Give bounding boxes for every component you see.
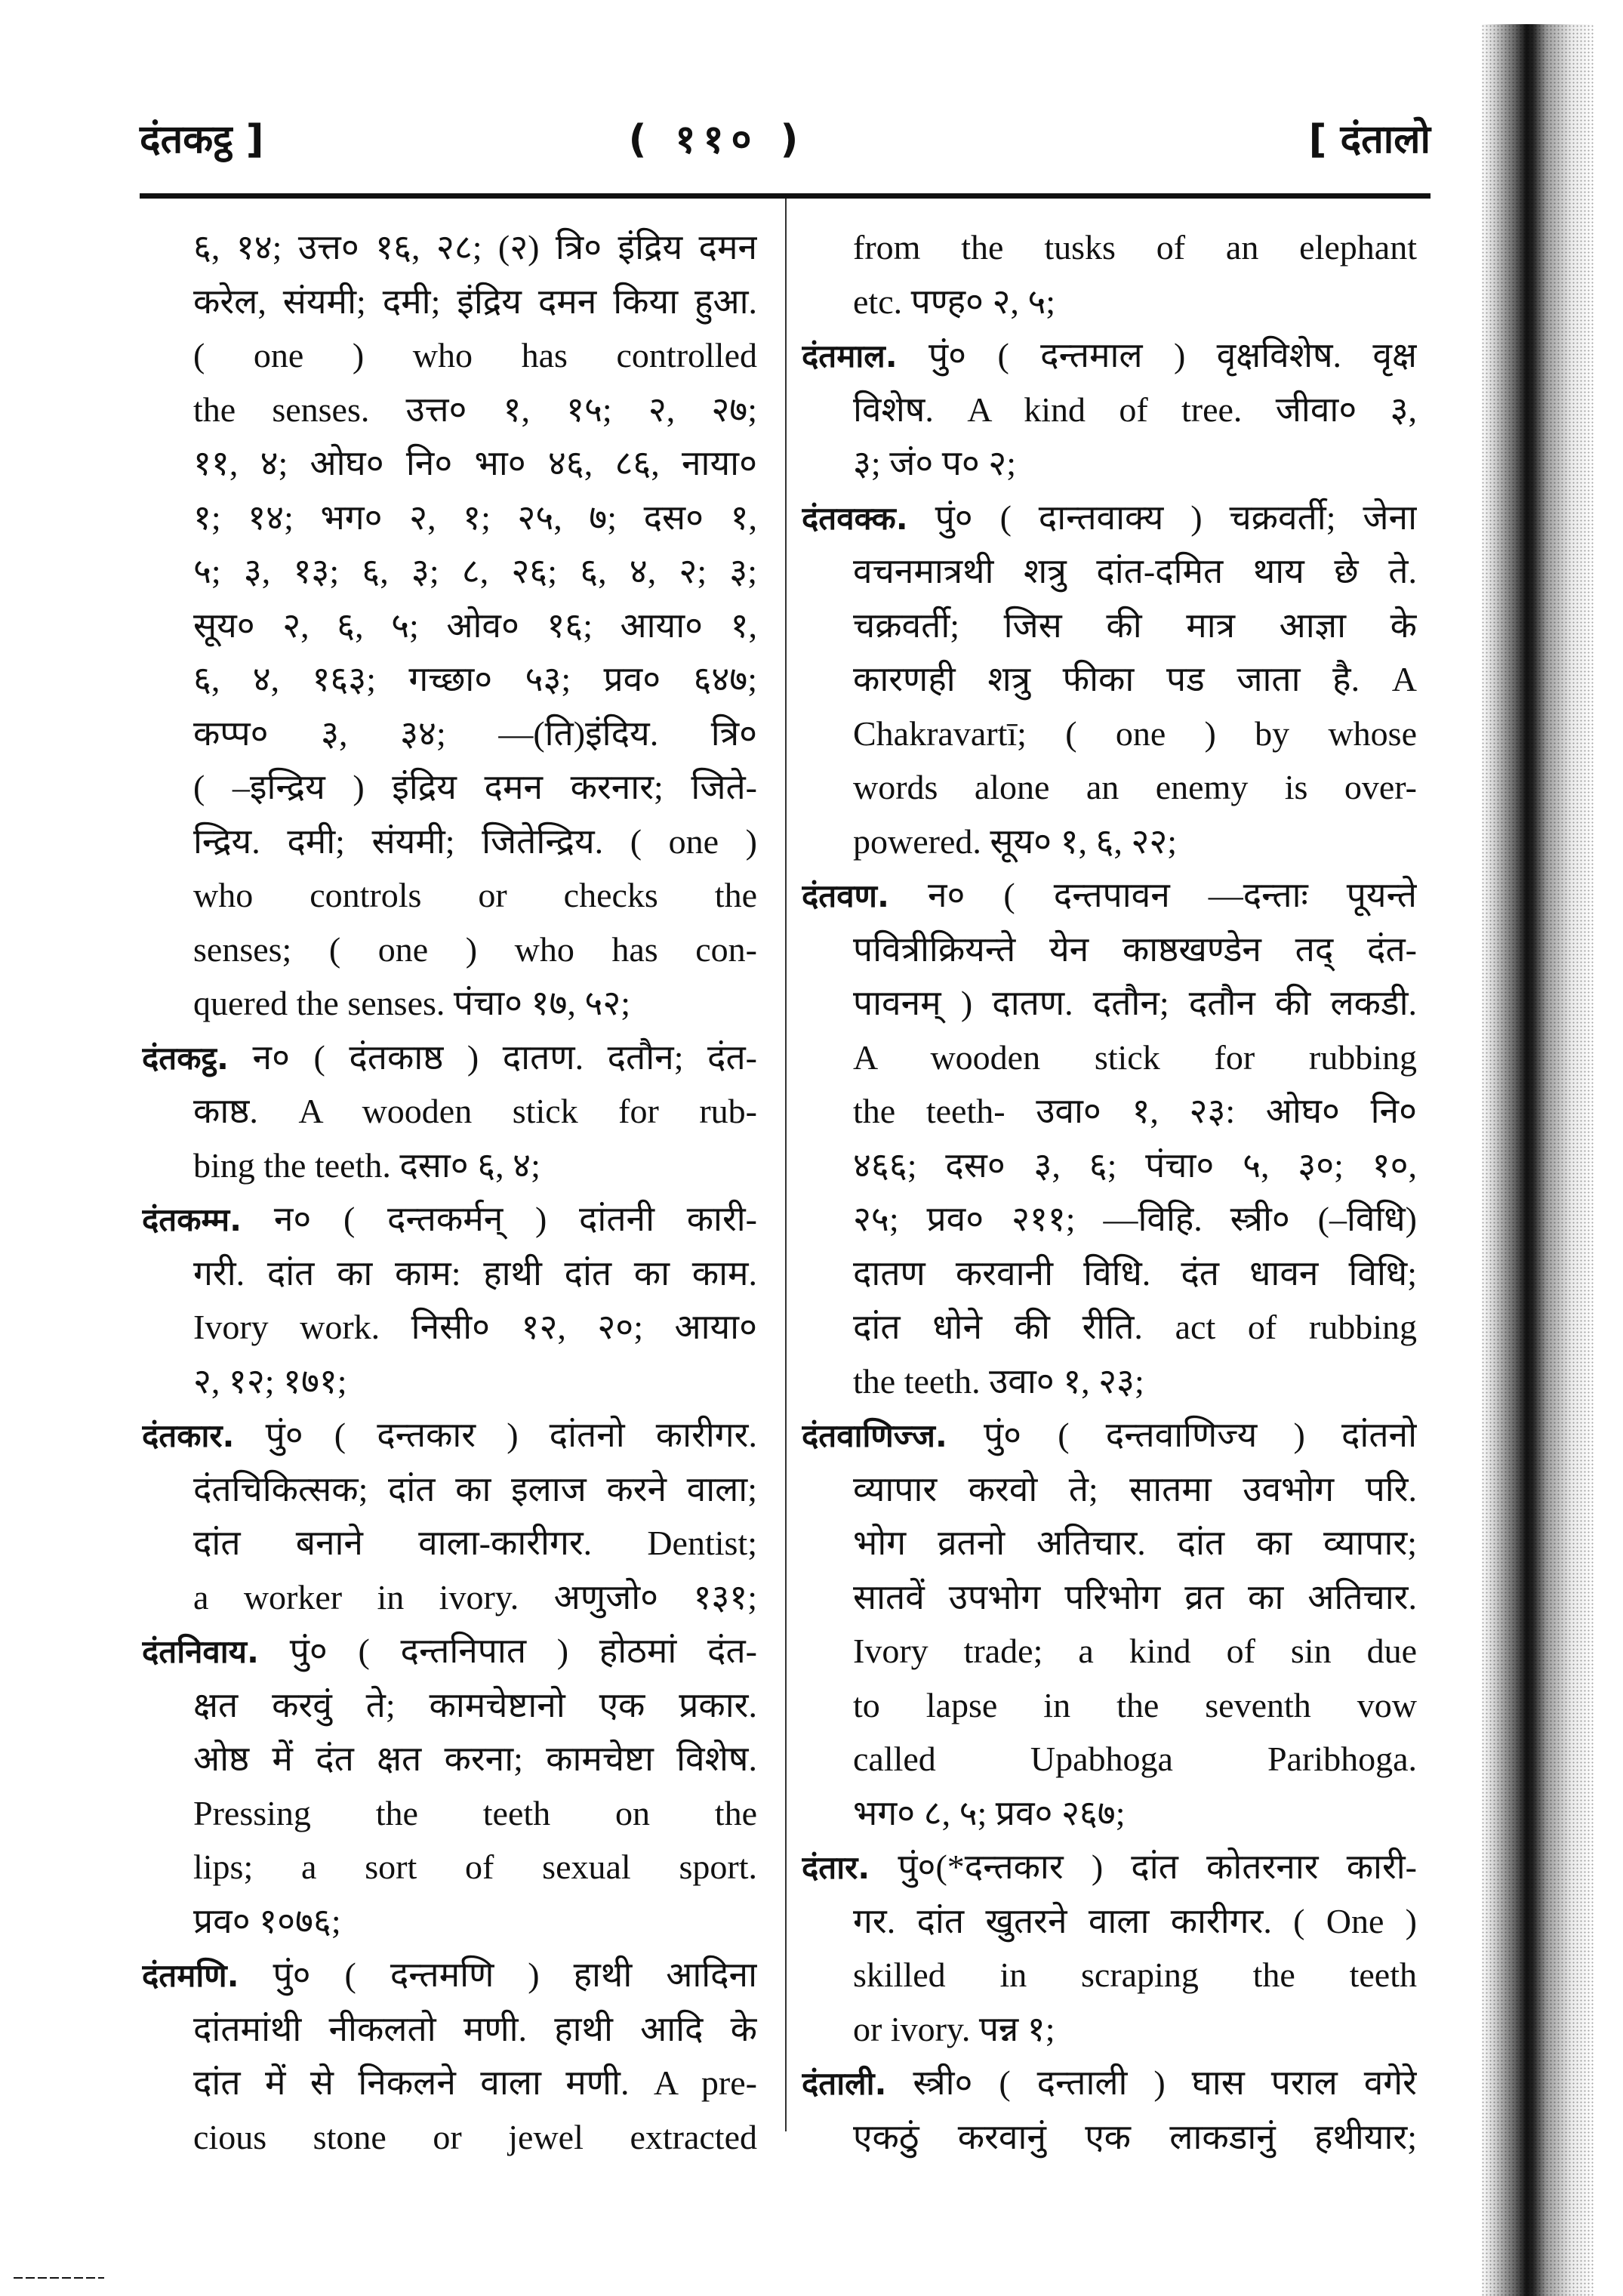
entry-text: the teeth- उवा० १, २३: ओघ० नि० [853, 1092, 1417, 1130]
entry-headword: दंतमणि. [142, 1957, 239, 1994]
entry-text: Ivory work. निसी० १२, २०; आया० [193, 1308, 757, 1346]
dictionary-page: दंतकट्ठ ] ( ११० ) [ दंतालो ६, १४; उत्त० … [0, 0, 1623, 2296]
entry-text: दांत में से निकलने वाला मणी. A pre- [193, 2063, 757, 2102]
page-number: ( ११० ) [72, 106, 1363, 174]
entry-text: न० ( दन्तकर्मन् ) दांतनी कारी- [242, 1200, 757, 1238]
entry-text-line: Pressing the teeth on the [142, 1786, 757, 1841]
entry-text-line: ६, ४, १६३; गच्छा० ५३; प्रव० ६४७; [142, 652, 757, 707]
entry-text: पवित्रीक्रियन्ते येन काष्ठखण्डेन तद् दंत… [853, 930, 1417, 969]
entry-text-line: १; १४; भग० २, १; २५, ७; दस० १, [142, 491, 757, 545]
entry-text: कारणही शत्रु फीका पड जाता है. A [853, 660, 1417, 698]
entry-text-line: words alone an enemy is over- [802, 760, 1417, 815]
entry-text-line: the senses. उत्त० १, १५; २, २७; [142, 383, 757, 437]
entry-text-line: or ivory. पन्न १; [802, 2002, 1417, 2057]
entry-text: A wooden stick for rubbing [853, 1038, 1417, 1077]
entry-text: २, १२; १७१; [193, 1362, 347, 1401]
entry-text-line: दांत धोने की रीति. act of rubbing [802, 1300, 1417, 1354]
entry-text: सूय० २, ६, ५; ओव० १६; आया० १, [193, 606, 757, 645]
entry-text-line: विशेष. A kind of tree. जीवा० ३, [802, 383, 1417, 437]
entry-text-line: २५; प्रव० २११; —विहि. स्त्री० (–विधि) [802, 1192, 1417, 1247]
entry-text: cious stone or jewel extracted [193, 2118, 757, 2156]
entry-text: powered. सूय० १, ६, २२; [853, 822, 1177, 861]
entry-text-line: powered. सूय० १, ६, २२; [802, 815, 1417, 869]
entry-text: to lapse in the seventh vow [853, 1686, 1417, 1724]
entry-text: पुं० ( दान्तवाक्य ) चक्रवर्ती; जेना [908, 498, 1417, 537]
entry-text: senses; ( one ) who has con- [193, 930, 757, 969]
entry-text: who controls or checks the [193, 876, 757, 914]
entry-text-line: to lapse in the seventh vow [802, 1678, 1417, 1733]
entry-text-line: दांत बनाने वाला-कारीगर. Dentist; [142, 1516, 757, 1570]
entry-headword: दंतकट्ठ. [142, 1040, 229, 1077]
entry-text-line: पावनम् ) दातण. दतौन; दतौन की लकडी. [802, 976, 1417, 1031]
entry-text-line: पवित्रीक्रियन्ते येन काष्ठखण्डेन तद् दंत… [802, 923, 1417, 977]
entry-text: दातण करवानी विधि. दंत धावन विधि; [853, 1254, 1417, 1293]
entry-text-line: ४६६; दस० ३, ६; पंचा० ५, ३०; १०, [802, 1139, 1417, 1193]
entry-text: ४६६; दस० ३, ६; पंचा० ५, ३०; १०, [853, 1146, 1417, 1185]
entry-headword-line: दंतवाणिज्ज. पुं० ( दन्तवाणिज्य ) दांतनो [802, 1408, 1417, 1462]
entry-text: ३; जं० प० २; [853, 444, 1016, 482]
entry-headword-line: दंतमाल. पुं० ( दन्तमाल ) वृक्षविशेष. वृक… [802, 328, 1417, 383]
entry-text: पुं० ( दन्तनिपात ) होठमां दंत- [259, 1632, 757, 1670]
entry-text-line: दातण करवानी विधि. दंत धावन विधि; [802, 1247, 1417, 1301]
entry-headword: दंतनिवाय. [142, 1633, 259, 1670]
entry-text: दांत धोने की रीति. act of rubbing [853, 1308, 1417, 1346]
entry-text: from the tusks of an elephant [853, 228, 1417, 267]
entry-text: स्त्री० ( दन्ताली ) घास पराल वगेरे [886, 2063, 1417, 2102]
entry-text-line: a worker in ivory. अणुजो० १३१; [142, 1570, 757, 1625]
entry-text-line: ( one ) who has controlled [142, 328, 757, 383]
entry-headword: दंतकम्म. [142, 1201, 242, 1238]
entry-headword-line: दंतवक्क. पुं० ( दान्तवाक्य ) चक्रवर्ती; … [802, 491, 1417, 545]
entry-headword-line: दंतवण. न० ( दन्तपावन —दन्ताः पूयन्ते [802, 868, 1417, 923]
entry-headword: दंतवाणिज्ज. [802, 1417, 947, 1454]
entry-text-line: २, १२; १७१; [142, 1354, 757, 1409]
entry-text-line: कप्प० ३, ३४; —(ति)इंदिय. त्रि० [142, 707, 757, 761]
entry-text: वचनमात्रथी शत्रु दांत-दमित थाय छे ते. [853, 552, 1417, 590]
entry-text: ( one ) who has controlled [193, 336, 757, 374]
entry-text: or ivory. पन्न १; [853, 2010, 1055, 2048]
entry-text: सातवें उपभोग परिभोग व्रत का अतिचार. [853, 1578, 1417, 1616]
entry-text: काष्ठ. A wooden stick for rub- [193, 1092, 757, 1130]
entry-text-line: भोग व्रतनो अतिचार. दांत का व्यापार; [802, 1516, 1417, 1570]
entry-text-line: कारणही शत्रु फीका पड जाता है. A [802, 652, 1417, 707]
right-guide-word: [ दंतालो [1309, 106, 1431, 174]
entry-text-line: bing the teeth. दसा० ६, ४; [142, 1139, 757, 1193]
entry-headword: दंतवक्क. [802, 500, 908, 537]
entry-text: Chakravartī; ( one ) by whose [853, 714, 1417, 753]
header-rule [140, 193, 1431, 199]
right-column: from the tusks of an elephantetc. पण्ह० … [802, 220, 1417, 2164]
entry-text-line: A wooden stick for rubbing [802, 1031, 1417, 1085]
entry-headword: दंतवण. [802, 877, 889, 914]
entry-text-line: ६, १४; उत्त० १६, २८; (२) त्रि० इंद्रिय द… [142, 220, 757, 275]
entry-headword: दंतार. [802, 1849, 870, 1886]
entry-text-line: senses; ( one ) who has con- [142, 923, 757, 977]
entry-text-line: व्यापार करवो ते; सातमा उवभोग परि. [802, 1462, 1417, 1517]
entry-text-line: from the tusks of an elephant [802, 220, 1417, 275]
entry-text: पुं०(*दन्तकार ) दांत कोतरनार कारी- [870, 1848, 1417, 1886]
entry-headword-line: दंतनिवाय. पुं० ( दन्तनिपात ) होठमां दंत- [142, 1624, 757, 1678]
entry-text-line: न्द्रिय. दमी; संयमी; जितेन्द्रिय. ( one … [142, 815, 757, 869]
entry-headword-line: दंताली. स्त्री० ( दन्ताली ) घास पराल वगे… [802, 2056, 1417, 2110]
entry-text-line: दांतमांथी नीकलतो मणी. हाथी आदि के [142, 2002, 757, 2057]
entry-text-line: चक्रवर्ती; जिस की मात्र आज्ञा के [802, 599, 1417, 653]
entry-text: १; १४; भग० २, १; २५, ७; दस० १, [193, 498, 757, 537]
entry-text: गरी. दांत का काम: हाथी दांत का काम. [193, 1254, 757, 1293]
entry-text: etc. पण्ह० २, ५; [853, 282, 1055, 321]
entry-text-line: एकठुं करवानुं एक लाकडानुं हथीयार; [802, 2110, 1417, 2165]
entry-text-line: lips; a sort of sexual sport. [142, 1840, 757, 1894]
entry-text: पुं० ( दन्तवाणिज्य ) दांतनो [947, 1416, 1417, 1454]
entry-text: lips; a sort of sexual sport. [193, 1848, 757, 1886]
entry-text: पावनम् ) दातण. दतौन; दतौन की लकडी. [853, 984, 1417, 1022]
entry-text: ६, १४; उत्त० १६, २८; (२) त्रि० इंद्रिय द… [193, 228, 757, 267]
entry-text-line: Ivory work. निसी० १२, २०; आया० [142, 1300, 757, 1354]
entry-text-line: called Upabhoga Paribhoga. [802, 1732, 1417, 1786]
entry-text: भग० ८, ५; प्रव० २६७; [853, 1794, 1126, 1832]
entry-text-line: quered the senses. पंचा० १७, ५२; [142, 976, 757, 1031]
entry-text-line: Chakravartī; ( one ) by whose [802, 707, 1417, 761]
entry-text: दांतमांथी नीकलतो मणी. हाथी आदि के [193, 2010, 757, 2048]
entry-text: ५; ३, १३; ६, ३; ८, २६; ६, ४, २; ३; [193, 552, 757, 590]
entry-text: क्षत करवुं ते; कामचेष्टानो एक प्रकार. [193, 1686, 757, 1724]
entry-text-line: दांत में से निकलने वाला मणी. A pre- [142, 2056, 757, 2110]
entry-text: दंतचिकित्सक; दांत का इलाज करने वाला; [193, 1470, 757, 1509]
entry-text: करेल, संयमी; दमी; इंद्रिय दमन किया हुआ. [193, 282, 757, 321]
footer-mark [14, 2277, 104, 2279]
entry-text-line: who controls or checks the [142, 868, 757, 923]
page-header: दंतकट्ठ ] ( ११० ) [ दंतालो [140, 106, 1431, 174]
entry-text-line: cious stone or jewel extracted [142, 2110, 757, 2165]
entry-text-line: दंतचिकित्सक; दांत का इलाज करने वाला; [142, 1462, 757, 1517]
entry-headword-line: दंतमणि. पुं० ( दन्तमणि ) हाथी आदिना [142, 1948, 757, 2002]
entry-headword-line: दंतकम्म. न० ( दन्तकर्मन् ) दांतनी कारी- [142, 1192, 757, 1247]
entry-text: दांत बनाने वाला-कारीगर. Dentist; [193, 1524, 757, 1562]
entry-text: प्रव० १०७६; [193, 1902, 341, 1940]
entry-text-line: प्रव० १०७६; [142, 1894, 757, 1949]
entry-text: ६, ४, १६३; गच्छा० ५३; प्रव० ६४७; [193, 660, 757, 698]
entry-text: गर. दांत खुतरने वाला कारीगर. ( One ) [853, 1902, 1417, 1940]
entry-text: न० ( दंतकाष्ठ ) दातण. दतौन; दंत- [229, 1038, 757, 1077]
entry-text-line: सातवें उपभोग परिभोग व्रत का अतिचार. [802, 1570, 1417, 1625]
entry-headword: दंतकार. [142, 1417, 235, 1454]
entry-text: bing the teeth. दसा० ६, ४; [193, 1146, 540, 1185]
entry-text-line: सूय० २, ६, ५; ओव० १६; आया० १, [142, 599, 757, 653]
entry-text: ११, ४; ओघ० नि० भा० ४६, ८६, नाया० [193, 444, 757, 482]
entry-text: न० ( दन्तपावन —दन्ताः पूयन्ते [889, 876, 1417, 914]
entry-headword: दंतमाल. [802, 337, 898, 374]
column-divider [785, 199, 787, 2131]
entry-text: पुं० ( दन्तकार ) दांतनो कारीगर. [235, 1416, 757, 1454]
entry-text: पुं० ( दन्तमणि ) हाथी आदिना [239, 1955, 757, 1994]
entry-text: चक्रवर्ती; जिस की मात्र आज्ञा के [853, 606, 1417, 645]
entry-text: skilled in scraping the teeth [853, 1955, 1417, 1994]
entry-text: Ivory trade; a kind of sin due [853, 1632, 1417, 1670]
entry-headword: दंताली. [802, 2065, 886, 2102]
entry-text-line: ( –इन्द्रिय ) इंद्रिय दमन करनार; जिते- [142, 760, 757, 815]
entry-text-line: करेल, संयमी; दमी; इंद्रिय दमन किया हुआ. [142, 275, 757, 329]
entry-text-line: भग० ८, ५; प्रव० २६७; [802, 1786, 1417, 1841]
entry-text-line: क्षत करवुं ते; कामचेष्टानो एक प्रकार. [142, 1678, 757, 1733]
entry-text: भोग व्रतनो अतिचार. दांत का व्यापार; [853, 1524, 1417, 1562]
entry-text: a worker in ivory. अणुजो० १३१; [193, 1578, 757, 1616]
entry-text: २५; प्रव० २११; —विहि. स्त्री० (–विधि) [853, 1200, 1417, 1238]
book-binding-shadow [1481, 24, 1594, 2296]
entry-text: ( –इन्द्रिय ) इंद्रिय दमन करनार; जिते- [193, 768, 757, 806]
entry-text: न्द्रिय. दमी; संयमी; जितेन्द्रिय. ( one … [193, 822, 757, 861]
entry-text: quered the senses. पंचा० १७, ५२; [193, 984, 630, 1022]
entry-text-line: ५; ३, १३; ६, ३; ८, २६; ६, ४, २; ३; [142, 544, 757, 599]
entry-headword-line: दंतार. पुं०(*दन्तकार ) दांत कोतरनार कारी… [802, 1840, 1417, 1894]
entry-text: ओष्ठ में दंत क्षत करना; कामचेष्टा विशेष. [193, 1740, 757, 1778]
entry-text: called Upabhoga Paribhoga. [853, 1740, 1417, 1778]
entry-text: एकठुं करवानुं एक लाकडानुं हथीयार; [853, 2118, 1417, 2156]
entry-text-line: काष्ठ. A wooden stick for rub- [142, 1084, 757, 1139]
entry-text-line: the teeth. उवा० १, २३; [802, 1354, 1417, 1409]
entry-text-line: वचनमात्रथी शत्रु दांत-दमित थाय छे ते. [802, 544, 1417, 599]
entry-text-line: गरी. दांत का काम: हाथी दांत का काम. [142, 1247, 757, 1301]
entry-headword-line: दंतकट्ठ. न० ( दंतकाष्ठ ) दातण. दतौन; दंत… [142, 1031, 757, 1085]
entry-text: the senses. उत्त० १, १५; २, २७; [193, 390, 757, 429]
entry-text-line: ३; जं० प० २; [802, 436, 1417, 491]
left-column: ६, १४; उत्त० १६, २८; (२) त्रि० इंद्रिय द… [142, 220, 757, 2164]
entry-text: कप्प० ३, ३४; —(ति)इंदिय. त्रि० [193, 714, 757, 753]
entry-text-line: ११, ४; ओघ० नि० भा० ४६, ८६, नाया० [142, 436, 757, 491]
entry-text: Pressing the teeth on the [193, 1794, 757, 1832]
entry-text: विशेष. A kind of tree. जीवा० ३, [853, 390, 1417, 429]
entry-headword-line: दंतकार. पुं० ( दन्तकार ) दांतनो कारीगर. [142, 1408, 757, 1462]
entry-text-line: ओष्ठ में दंत क्षत करना; कामचेष्टा विशेष. [142, 1732, 757, 1786]
entry-text: words alone an enemy is over- [853, 768, 1417, 806]
entry-text: पुं० ( दन्तमाल ) वृक्षविशेष. वृक्ष [898, 336, 1417, 374]
entry-text: व्यापार करवो ते; सातमा उवभोग परि. [853, 1470, 1417, 1509]
entry-text-line: etc. पण्ह० २, ५; [802, 275, 1417, 329]
entry-text: the teeth. उवा० १, २३; [853, 1362, 1144, 1401]
entry-text-line: the teeth- उवा० १, २३: ओघ० नि० [802, 1084, 1417, 1139]
entry-text-line: गर. दांत खुतरने वाला कारीगर. ( One ) [802, 1894, 1417, 1949]
entry-text-line: skilled in scraping the teeth [802, 1948, 1417, 2002]
entry-text-line: Ivory trade; a kind of sin due [802, 1624, 1417, 1678]
